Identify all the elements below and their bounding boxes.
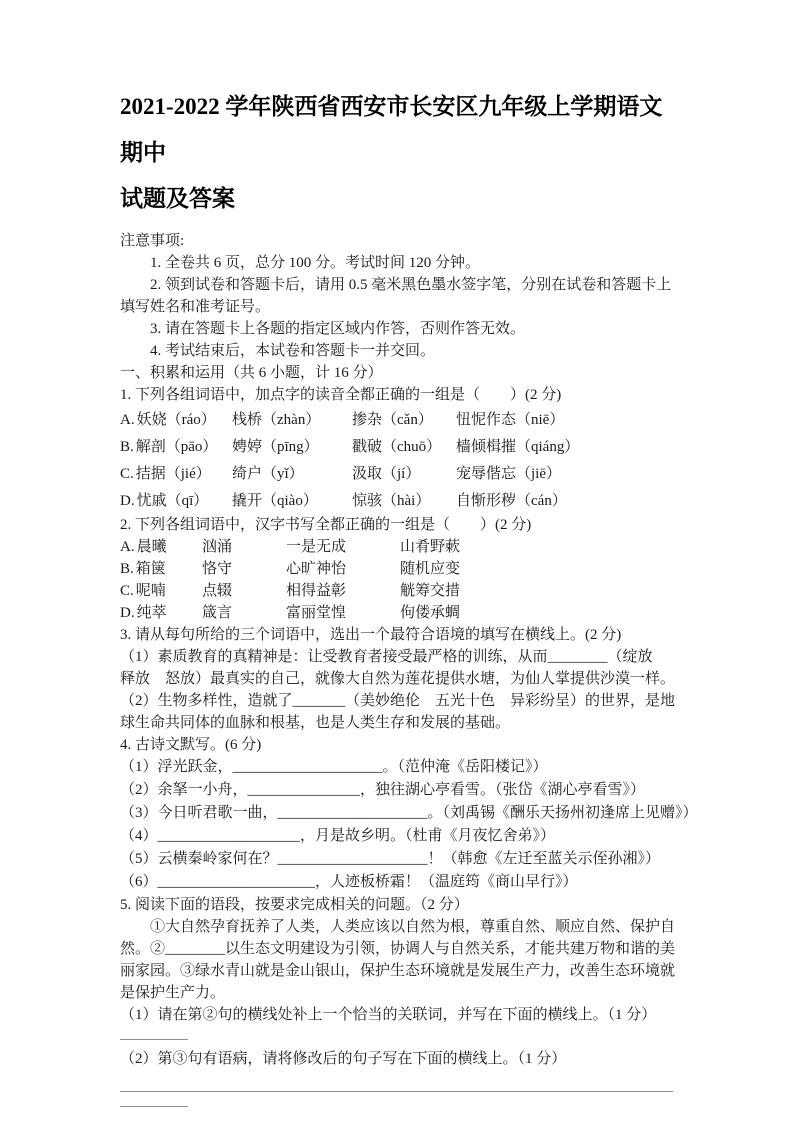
option-label: A.: [120, 412, 135, 428]
notice-item-2: 2. 领到试卷和答题卡后，请用 0.5 毫米黑色墨水签字笔，分别在试卷和答题卡上…: [120, 274, 675, 318]
option-item: 箴言: [202, 602, 286, 624]
section-heading: 一、积累和运用（共 6 小题，计 16 分）: [120, 362, 675, 384]
answer-line: [120, 1039, 188, 1040]
q5-subitem-2: （2）第③句有语病，请将修改后的句子写在下面的横线上。（1 分）: [120, 1048, 675, 1070]
exam-page: 2021-2022 学年陕西省西安市长安区九年级上学期语文期中 试题及答案 注意…: [0, 0, 793, 1107]
q5-passage: ①大自然孕育抚养了人类，人类应该以自然为根，尊重自然、顺应自然、保护自然。②__…: [120, 916, 675, 1004]
q2-stem: 2. 下列各组词语中，汉字书写全都正确的一组是（ ）(2 分): [120, 514, 675, 536]
option-item: 掺杂（cǎn）: [352, 409, 456, 431]
q4-line-6: （6）_____________________，人迹板桥霜！（温庭筠《商山早行…: [120, 871, 675, 894]
q2-option-row-c: C.呢喃 点辍 相得益彰 觥筹交措: [120, 580, 675, 602]
option-label: C.: [120, 466, 134, 482]
option-item: 恪守: [202, 558, 286, 580]
option-item: 绮户（yǐ）: [232, 463, 352, 485]
option-item: 宠辱偕忘（jiē）: [456, 463, 675, 485]
option-item: 解剖（pāo）: [136, 439, 218, 455]
q1-option-row-b: B.解剖（pāo） 娉婷（pīng） 戳破（chuō） 樯倾楫摧（qiáng）: [120, 433, 675, 460]
option-item: 自惭形秽（cán）: [456, 490, 675, 512]
q1-option-row-d: D.忧戚（qī） 撬开（qiào） 惊骇（hài） 自惭形秽（cán）: [120, 487, 675, 514]
option-item: 忸怩作态（niē）: [456, 409, 675, 431]
option-item: 富丽堂惶: [286, 602, 400, 624]
option-item: 娉婷（pīng）: [232, 436, 352, 458]
option-item: 撬开（qiào）: [232, 490, 352, 512]
page-title: 2021-2022 学年陕西省西安市长安区九年级上学期语文期中 试题及答案: [120, 84, 675, 222]
option-label: D.: [120, 493, 135, 509]
q1-stem: 1. 下列各组词语中，加点字的读音全都正确的一组是（ ）(2 分): [120, 384, 675, 406]
q1-option-row-c: C.拮据（jié） 绮户（yǐ） 汲取（jí） 宠辱偕忘（jiē）: [120, 460, 675, 487]
option-item: 觥筹交措: [400, 580, 675, 602]
q2-option-row-d: D.纯萃 箴言 富丽堂惶 佝偻承蜩: [120, 602, 675, 624]
title-line-1: 2021-2022 学年陕西省西安市长安区九年级上学期语文期中: [120, 84, 675, 176]
q3-stem: 3. 请从每句所给的三个词语中，选出一个最符合语境的填写在横线上。(2 分): [120, 624, 675, 646]
q2-option-row-a: A.晨曦 汹涌 一是无成 山肴野蔌: [120, 536, 675, 558]
option-item: 一是无成: [286, 536, 400, 558]
q4-stem: 4. 古诗文默写。(6 分): [120, 734, 675, 756]
option-item: 惊骇（hài）: [352, 490, 456, 512]
option-item: 妖娆（ráo）: [137, 412, 216, 428]
option-item: 相得益彰: [286, 580, 400, 602]
option-label: B.: [120, 561, 134, 577]
option-item: 箱箧: [136, 561, 166, 577]
q4-line-1: （1）浮光跃金，____________________。（范仲淹《岳阳楼记》）: [120, 756, 675, 779]
option-item: 忧戚（qī）: [137, 493, 209, 509]
q5-subitem-1: （1）请在第②句的横线处补上一个恰当的关联词，并写在下面的横线上。（1 分）: [120, 1004, 675, 1026]
option-label: C.: [120, 583, 134, 599]
answer-line: [120, 1091, 673, 1092]
q5-stem: 5. 阅读下面的语段，按要求完成相关的问题。（2 分）: [120, 894, 675, 916]
option-item: 拮据（jié）: [136, 466, 211, 482]
option-item: 佝偻承蜩: [400, 602, 675, 624]
answer-line: [120, 1106, 188, 1107]
option-item: 点辍: [202, 580, 286, 602]
option-item: 晨曦: [137, 539, 167, 555]
q4-line-5: （5）云横秦岭家何在？____________________！（韩愈《左迁至蓝…: [120, 848, 675, 871]
option-item: 栈桥（zhàn）: [232, 409, 352, 431]
q4-line-3: （3）今日听君歌一曲，____________________。（刘禹锡《酬乐天…: [120, 802, 675, 825]
q3-subitem-1: （1）素质教育的真精神是：让受教育者接受最严格的训练，从而________（绽放…: [120, 646, 675, 690]
option-item: 汹涌: [202, 536, 286, 558]
option-item: 山肴野蔌: [400, 536, 675, 558]
option-label: A.: [120, 539, 135, 555]
q2-option-row-b: B.箱箧 恪守 心旷神怡 随机应变: [120, 558, 675, 580]
notice-item-3: 3. 请在答题卡上各题的指定区域内作答，否则作答无效。: [120, 318, 675, 340]
notice-item-4: 4. 考试结束后，本试卷和答题卡一并交回。: [120, 340, 675, 362]
option-item: 汲取（jí）: [352, 463, 456, 485]
option-item: 樯倾楫摧（qiáng）: [456, 436, 675, 458]
option-label: D.: [120, 605, 135, 621]
option-item: 呢喃: [136, 583, 166, 599]
option-item: 心旷神怡: [286, 558, 400, 580]
option-label: B.: [120, 439, 134, 455]
q4-line-4: （4）___________________，月是故乡明。（杜甫《月夜忆舍弟》）: [120, 825, 675, 848]
q3-subitem-2: （2）生物多样性，造就了_______（美妙绝伦 五光十色 异彩纷呈）的世界，是…: [120, 690, 675, 734]
notice-heading: 注意事项:: [120, 230, 675, 252]
title-line-2: 试题及答案: [120, 176, 675, 222]
option-item: 纯萃: [137, 605, 167, 621]
q4-line-2: （2）余拏一小舟，_______________，独往湖心亭看雪。（张岱《湖心亭…: [120, 779, 675, 802]
option-item: 随机应变: [400, 558, 675, 580]
notice-item-1: 1. 全卷共 6 页，总分 100 分。考试时间 120 分钟。: [120, 252, 675, 274]
q1-option-row-a: A.妖娆（ráo） 栈桥（zhàn） 掺杂（cǎn） 忸怩作态（niē）: [120, 406, 675, 433]
option-item: 戳破（chuō）: [352, 436, 456, 458]
